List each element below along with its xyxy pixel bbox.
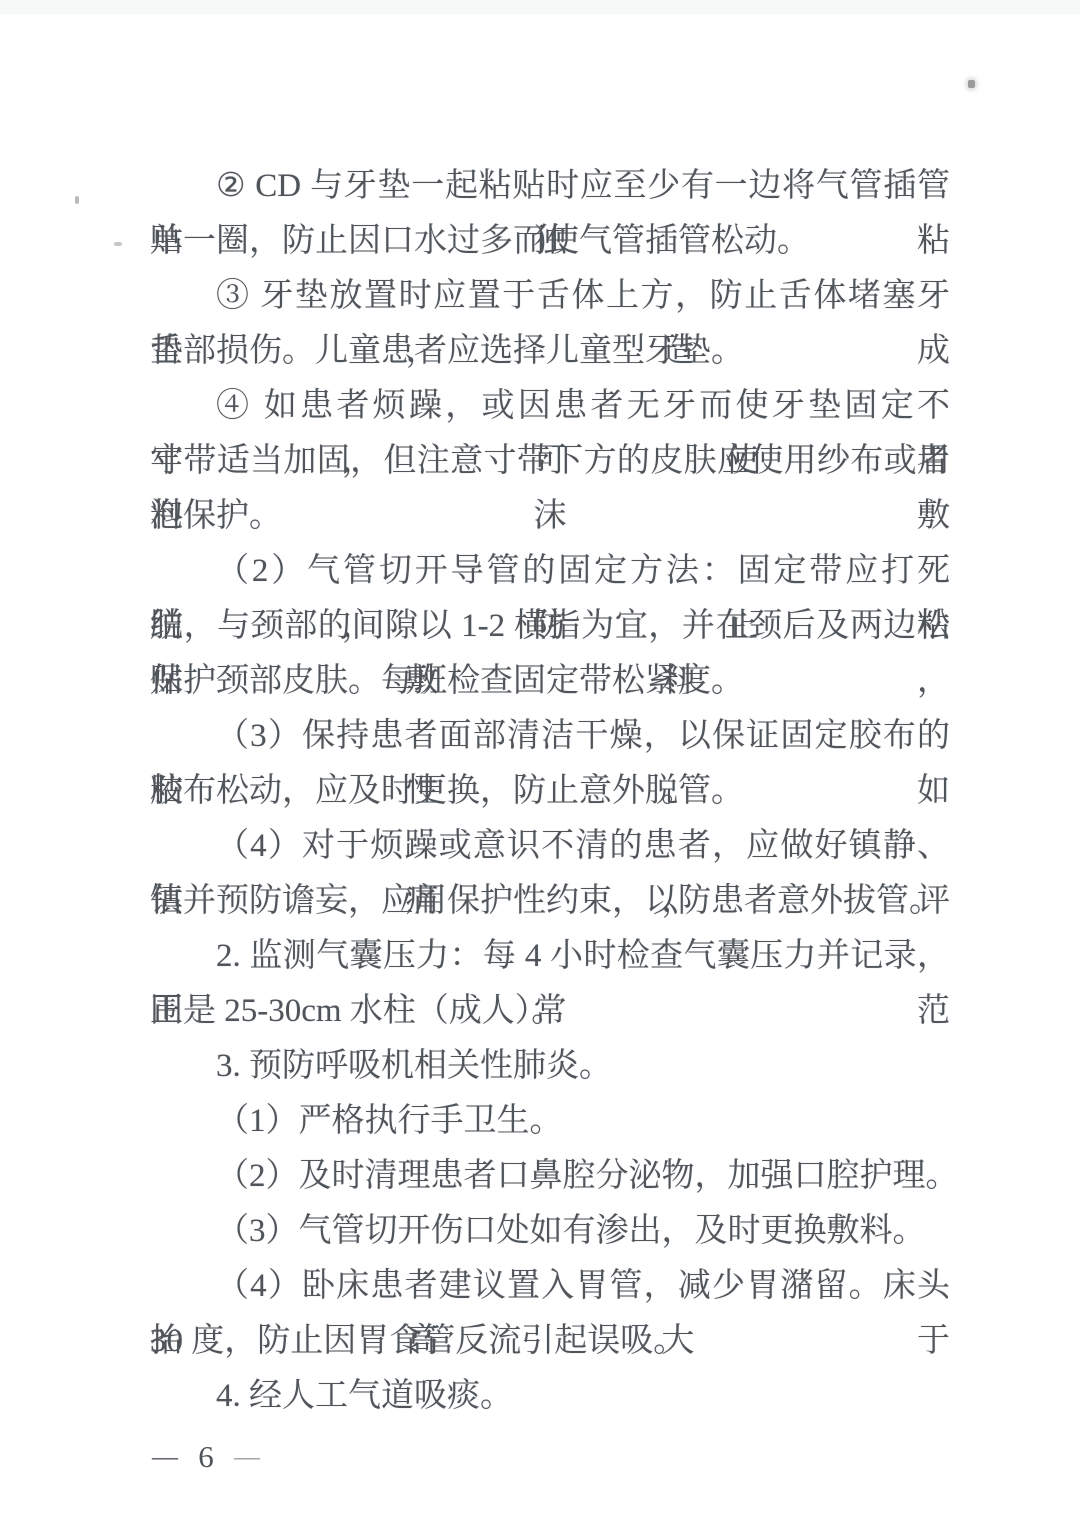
- scan-speck: [75, 196, 79, 204]
- document-line: （4）对于烦躁或意识不清的患者，应做好镇静、镇痛，评: [150, 819, 950, 874]
- document-line: ③ 牙垫放置时应置于舌体上方，防止舌体堵塞牙垫，造成: [150, 269, 950, 324]
- document-line: （3）保持患者面部清洁干燥，以保证固定胶布的粘性。如: [150, 709, 950, 764]
- document-line: 脱，与颈部的间隙以 1-2 横指为宜，并在颈后及两边粘贴敷料，: [150, 599, 950, 654]
- page-number-right-dash: —: [234, 1444, 260, 1470]
- document-line: ② CD 与牙垫一起粘贴时应至少有一边将气管插管单独粘: [150, 159, 950, 214]
- document-line: （2）及时清理患者口鼻腔分泌物，加强口腔护理。: [150, 1149, 950, 1204]
- document-line: （3）气管切开伤口处如有渗出，及时更换敷料。: [150, 1204, 950, 1259]
- document-line: ④ 如患者烦躁，或因患者无牙而使牙垫固定不牢，可使用: [150, 379, 950, 434]
- document-line: 3. 预防呼吸机相关性肺炎。: [150, 1039, 950, 1094]
- scan-speck: [114, 242, 122, 246]
- document-body: ② CD 与牙垫一起粘贴时应至少有一边将气管插管单独粘 贴一圈，防止因口水过多而…: [150, 159, 950, 1424]
- document-line: 4. 经人工气道吸痰。: [150, 1369, 950, 1424]
- scanned-document-page: ② CD 与牙垫一起粘贴时应至少有一边将气管插管单独粘 贴一圈，防止因口水过多而…: [0, 0, 1080, 1527]
- document-line: 2. 监测气囊压力：每 4 小时检查气囊压力并记录，正常范: [150, 929, 950, 984]
- scan-speck: [968, 80, 975, 88]
- page-number-value: 6: [198, 1439, 214, 1475]
- page-number-left-dash: —: [152, 1444, 178, 1470]
- document-line: （4）卧床患者建议置入胃管，减少胃潴留。床头抬高大于: [150, 1259, 950, 1314]
- document-line: 寸带适当加固，但注意寸带下方的皮肤应使用纱布或者泡沫敷: [150, 434, 950, 489]
- document-line: （1）严格执行手卫生。: [150, 1094, 950, 1149]
- document-line: 估并预防谵妄，应用保护性约束，以防患者意外拔管。: [150, 874, 950, 929]
- scan-edge-shadow: [0, 0, 1080, 14]
- document-line: （2）气管切开导管的固定方法：固定带应打死结，防止松: [150, 544, 950, 599]
- page-number: — 6 —: [152, 1434, 260, 1480]
